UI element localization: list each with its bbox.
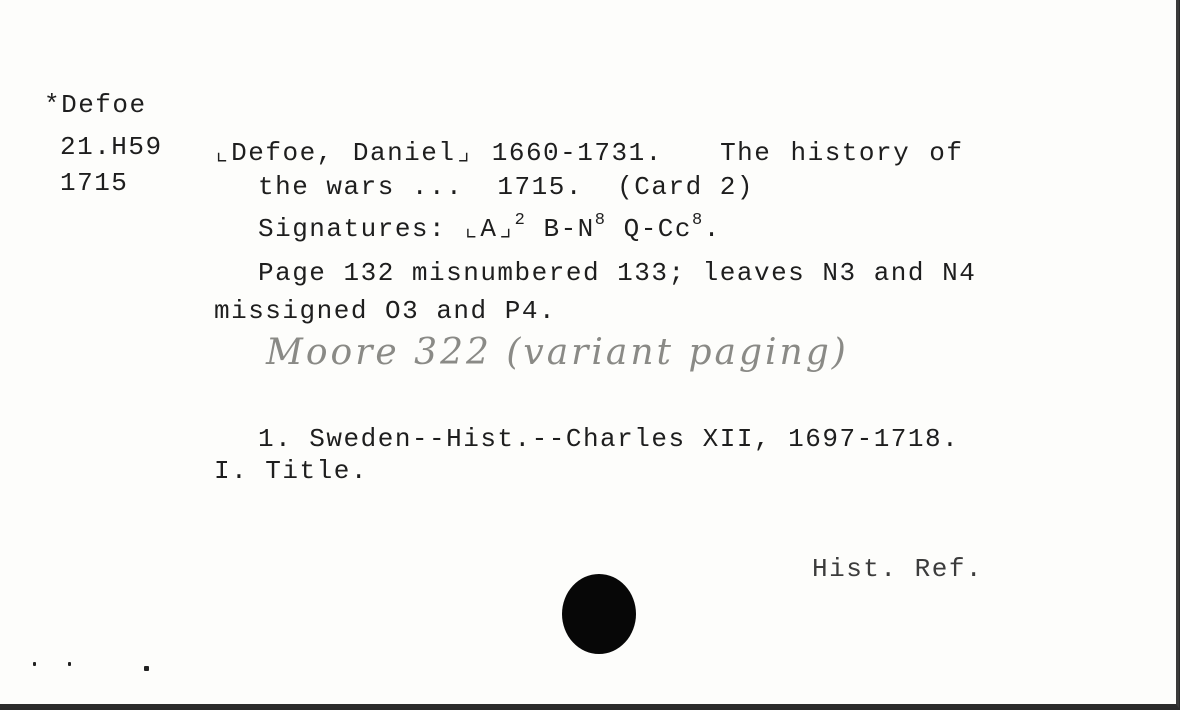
call-number-line-2: 21.H59 <box>60 132 163 162</box>
note-line-2: missigned O3 and P4. <box>214 296 556 326</box>
ink-speck <box>68 662 71 666</box>
handwritten-note: Moore 322 (variant paging) <box>266 332 849 373</box>
subject-line-2: I. Title. <box>214 456 368 486</box>
signatures-c: Q-Cc <box>606 214 692 244</box>
signatures-a: ⌞A⌟ <box>463 214 514 244</box>
signatures-b: B-N <box>526 214 594 244</box>
signatures-label: Signatures: <box>258 214 463 244</box>
subject-line-1: 1. Sweden--Hist.--Charles XII, 1697-1718… <box>258 424 959 454</box>
signatures-end: . <box>704 214 721 244</box>
author-heading: ⌞Defoe, Daniel⌟ 1660-1731. The history o… <box>214 138 964 168</box>
signatures-b-sup: 8 <box>595 211 607 230</box>
ink-speck <box>144 666 149 671</box>
signatures-c-sup: 8 <box>692 211 704 230</box>
punch-hole <box>562 574 636 654</box>
signatures-line: Signatures: ⌞A⌟2 B-N8 Q-Cc8. <box>258 214 721 244</box>
ink-speck <box>33 662 36 666</box>
location-note: Hist. Ref. <box>812 554 983 584</box>
call-number-line-1: *Defoe <box>44 90 147 120</box>
title-line: the wars ... 1715. (Card 2) <box>258 172 754 202</box>
note-line-1: Page 132 misnumbered 133; leaves N3 and … <box>258 258 976 288</box>
signatures-a-sup: 2 <box>515 211 527 230</box>
catalog-card: *Defoe 21.H59 1715 ⌞Defoe, Daniel⌟ 1660-… <box>0 0 1179 708</box>
call-number-line-3: 1715 <box>60 168 128 198</box>
